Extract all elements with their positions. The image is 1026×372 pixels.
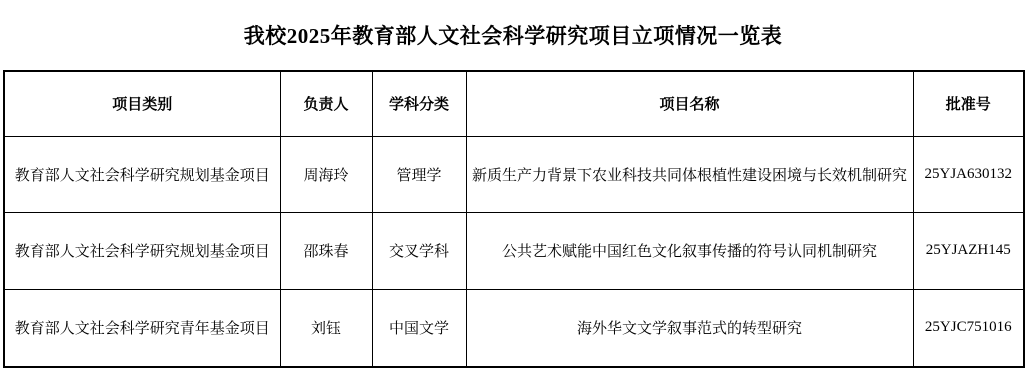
cell-project-category: 教育部人文社会科学研究规划基金项目 <box>4 136 280 212</box>
cell-leader: 周海玲 <box>280 136 372 212</box>
cell-approval-no: 25YJA630132 <box>913 136 1024 212</box>
cell-discipline: 中国文学 <box>372 289 466 367</box>
table-row: 教育部人文社会科学研究规划基金项目 邵珠春 交叉学科 公共艺术赋能中国红色文化叙… <box>4 212 1024 289</box>
cell-discipline: 交叉学科 <box>372 212 466 289</box>
cell-project-name: 公共艺术赋能中国红色文化叙事传播的符号认同机制研究 <box>466 212 913 289</box>
cell-project-name: 新质生产力背景下农业科技共同体根植性建设困境与长效机制研究 <box>466 136 913 212</box>
header-leader: 负责人 <box>280 71 372 136</box>
table-row: 教育部人文社会科学研究规划基金项目 周海玲 管理学 新质生产力背景下农业科技共同… <box>4 136 1024 212</box>
cell-discipline: 管理学 <box>372 136 466 212</box>
cell-approval-no: 25YJAZH145 <box>913 212 1024 289</box>
cell-leader: 邵珠春 <box>280 212 372 289</box>
cell-project-category: 教育部人文社会科学研究青年基金项目 <box>4 289 280 367</box>
header-approval-no: 批准号 <box>913 71 1024 136</box>
header-project-category: 项目类别 <box>4 71 280 136</box>
cell-leader: 刘钰 <box>280 289 372 367</box>
table-header-row: 项目类别 负责人 学科分类 项目名称 批准号 <box>4 71 1024 136</box>
page-title: 我校2025年教育部人文社会科学研究项目立项情况一览表 <box>0 0 1026 70</box>
projects-table: 项目类别 负责人 学科分类 项目名称 批准号 教育部人文社会科学研究规划基金项目… <box>3 70 1025 368</box>
header-discipline: 学科分类 <box>372 71 466 136</box>
table-row: 教育部人文社会科学研究青年基金项目 刘钰 中国文学 海外华文文学叙事范式的转型研… <box>4 289 1024 367</box>
header-project-name: 项目名称 <box>466 71 913 136</box>
cell-project-category: 教育部人文社会科学研究规划基金项目 <box>4 212 280 289</box>
cell-approval-no: 25YJC751016 <box>913 289 1024 367</box>
cell-project-name: 海外华文文学叙事范式的转型研究 <box>466 289 913 367</box>
